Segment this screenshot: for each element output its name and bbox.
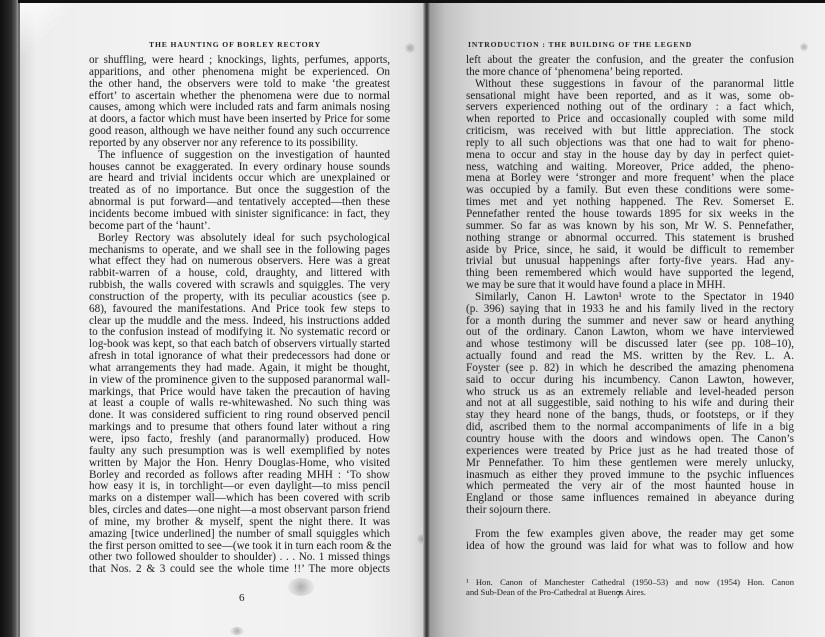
text-line: 68), favoured the manifestations. And Pr… — [89, 304, 390, 316]
left-page-body: or shuffling, were heard ; knockings, li… — [89, 55, 390, 576]
right-page-body: left about the greater the confusion, an… — [466, 55, 794, 552]
page-number-left: 6 — [239, 592, 245, 604]
section-break — [466, 517, 794, 529]
paragraph-start-line: Without these suggestions in favour of t… — [466, 79, 794, 91]
scan-border-left — [0, 0, 18, 637]
paper-stain — [288, 578, 314, 596]
footnote-line: ¹ Hon. Canon of Manchester Cathedral (19… — [466, 577, 794, 587]
text-line: the other hand, the observers were told … — [89, 79, 390, 91]
text-line: reported by any observer nor any referen… — [89, 138, 390, 150]
paper-stain — [800, 43, 808, 51]
paper-stain — [405, 43, 415, 53]
text-line: Foyster (see p. 82) in which he describe… — [466, 363, 794, 375]
paragraph-start-line: From the few examples given above, the r… — [466, 529, 794, 541]
text-line: that Nos. 2 & 3 could see the whole time… — [89, 564, 390, 576]
text-line: mena to occur and stay in the house day … — [466, 150, 794, 162]
page-number-right: 7 — [616, 589, 622, 601]
text-line: Mr Pennefather. To him these gentlemen w… — [466, 458, 794, 470]
page-corner-fold — [20, 3, 80, 63]
text-line: idea of how the ground was laid for what… — [466, 541, 794, 553]
left-page: THE HAUNTING OF BORLEY RECTORY or shuffl… — [18, 3, 425, 637]
paper-stain — [230, 627, 244, 635]
paragraph-start-line: Borley Rectory was absolutely ideal for … — [89, 233, 390, 245]
right-page: INTRODUCTION : THE BUILDING OF THE LEGEN… — [430, 3, 825, 637]
text-line: of mine, my brother & myself, spent the … — [89, 517, 390, 529]
text-line: construction of the property, with its p… — [89, 292, 390, 304]
text-line: their sojourn there. — [466, 505, 794, 517]
text-line: apparitions, and other phenomena might b… — [89, 67, 390, 79]
footnote: ¹ Hon. Canon of Manchester Cathedral (19… — [466, 577, 794, 597]
text-line: summer. So far as was known by his son, … — [466, 221, 794, 233]
footnote-line: and Sub-Dean of the Pro-Cathedral at Bue… — [466, 587, 794, 597]
text-line: said to occur during his incumbency. Can… — [466, 375, 794, 387]
text-line: nothing strange or abnormal occurred. Th… — [466, 233, 794, 245]
text-line: reply to all such objections was that on… — [466, 138, 794, 150]
text-line: amazing [twice underlined] the number of… — [89, 529, 390, 541]
paragraph-start-line: The influence of suggestion on the inves… — [89, 150, 390, 162]
running-head-right: INTRODUCTION : THE BUILDING OF THE LEGEN… — [468, 40, 692, 49]
text-line: written by Major the Hon. Henry Douglas-… — [89, 458, 390, 470]
text-line: faulty any such presumption was is well … — [89, 446, 390, 458]
text-line: what arrangements they had made. Again, … — [89, 363, 390, 375]
paragraph-start-line: Similarly, Canon H. Lawton¹ wrote to the… — [466, 292, 794, 304]
text-line: become part of the ‘haunt’. — [89, 221, 390, 233]
text-line: (p. 396) saying that in 1933 he and his … — [466, 304, 794, 316]
running-head-left: THE HAUNTING OF BORLEY RECTORY — [149, 40, 321, 49]
text-line: in view of the prominence given to the s… — [89, 375, 390, 387]
text-line: experiences were treated by Price just a… — [466, 446, 794, 458]
text-line: the more chance of ‘phenomena’ being rep… — [466, 67, 794, 79]
